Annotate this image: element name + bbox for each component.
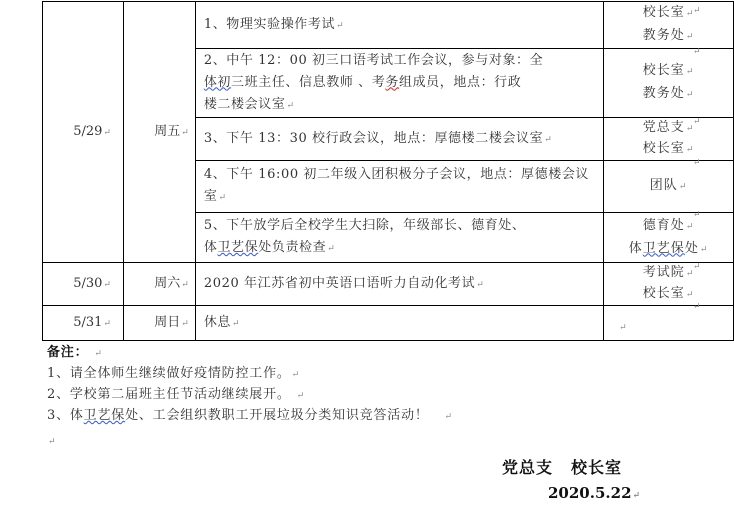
date-cell: 5/31↵ [43,306,124,341]
document-page: 5/29↵ 周五↵ 1、物理实验操作考试↵ 校长室↵教务处↵ 2、中午 12：0… [0,0,734,519]
dept-cell: 党总支↵校长室↵ [604,118,734,161]
dept-cell: 校长室↵教务处↵ [604,49,734,118]
row-end-mark: ↵ [693,47,701,57]
event-cell: 2、中午 12：00 初三口语考试工作会议，参与对象：全 体初三班主任、信息教师… [195,49,603,118]
row-end-mark: ↵ [693,117,701,127]
dept-cell: 德育处↵体卫艺保处↵ [604,213,734,263]
row-end-mark: ↵ [693,6,701,16]
row-end-mark: ↵ [693,302,701,312]
table-row: 5/29↵ 周五↵ 1、物理实验操作考试↵ 校长室↵教务处↵ [43,2,734,49]
notes-section: 备注： ↵ 1、请全体师生继续做好疫情防控工作。↵ 2、学校第二届班主任节活动继… [47,343,453,427]
note-item: 3、体卫艺保处、工会组织教职工开展垃圾分类知识竞答活动！ ↵ [47,406,453,427]
table-row: 5/30↵ 周六↵ 2020 年江苏省初中英语口语听力自动化考试↵ 考试院↵校长… [43,263,734,306]
row-end-mark: ↵ [693,210,701,220]
signature-date: 2020.5.22↵ [548,484,640,502]
empty-paragraph-mark: ↵ [48,437,56,447]
schedule-table: 5/29↵ 周五↵ 1、物理实验操作考试↵ 校长室↵教务处↵ 2、中午 12：0… [42,1,734,341]
event-cell: 5、下午放学后全校学生大扫除，年级部长、德育处、 体卫艺保处负责检查↵ [195,213,603,263]
signature-orgs: 党总支校长室 [502,455,622,478]
weekday-cell: 周五↵ [123,2,195,263]
note-item: 2、学校第二届班主任节活动继续展开。 ↵ [47,385,453,406]
event-cell: 4、下午 16:00 初二年级入团积极分子会议，地点：厚德楼会议室↵ [195,161,603,213]
dept-cell: 校长室↵教务处↵ [604,2,734,49]
row-end-mark: ↵ [693,158,701,168]
dept-cell: 考试院↵校长室↵ [604,263,734,306]
date-cell: 5/30↵ [43,263,124,306]
note-item: 1、请全体师生继续做好疫情防控工作。↵ [47,364,453,385]
date-cell: 5/29↵ [43,2,124,263]
event-cell: 1、物理实验操作考试↵ [195,2,603,49]
event-cell: 休息↵ [195,306,603,341]
dept-cell: ↵ [604,306,734,341]
weekday-cell: 周六↵ [123,263,195,306]
table-row: 5/31↵ 周日↵ 休息↵ ↵ [43,306,734,341]
notes-title: 备注： [47,345,88,360]
event-cell: 2020 年江苏省初中英语口语听力自动化考试↵ [195,263,603,306]
event-cell: 3、下午 13：30 校行政会议，地点：厚德楼二楼会议室↵ [195,118,603,161]
row-end-mark: ↵ [693,262,701,272]
dept-cell: 团队↵ [604,161,734,213]
weekday-cell: 周日↵ [123,306,195,341]
